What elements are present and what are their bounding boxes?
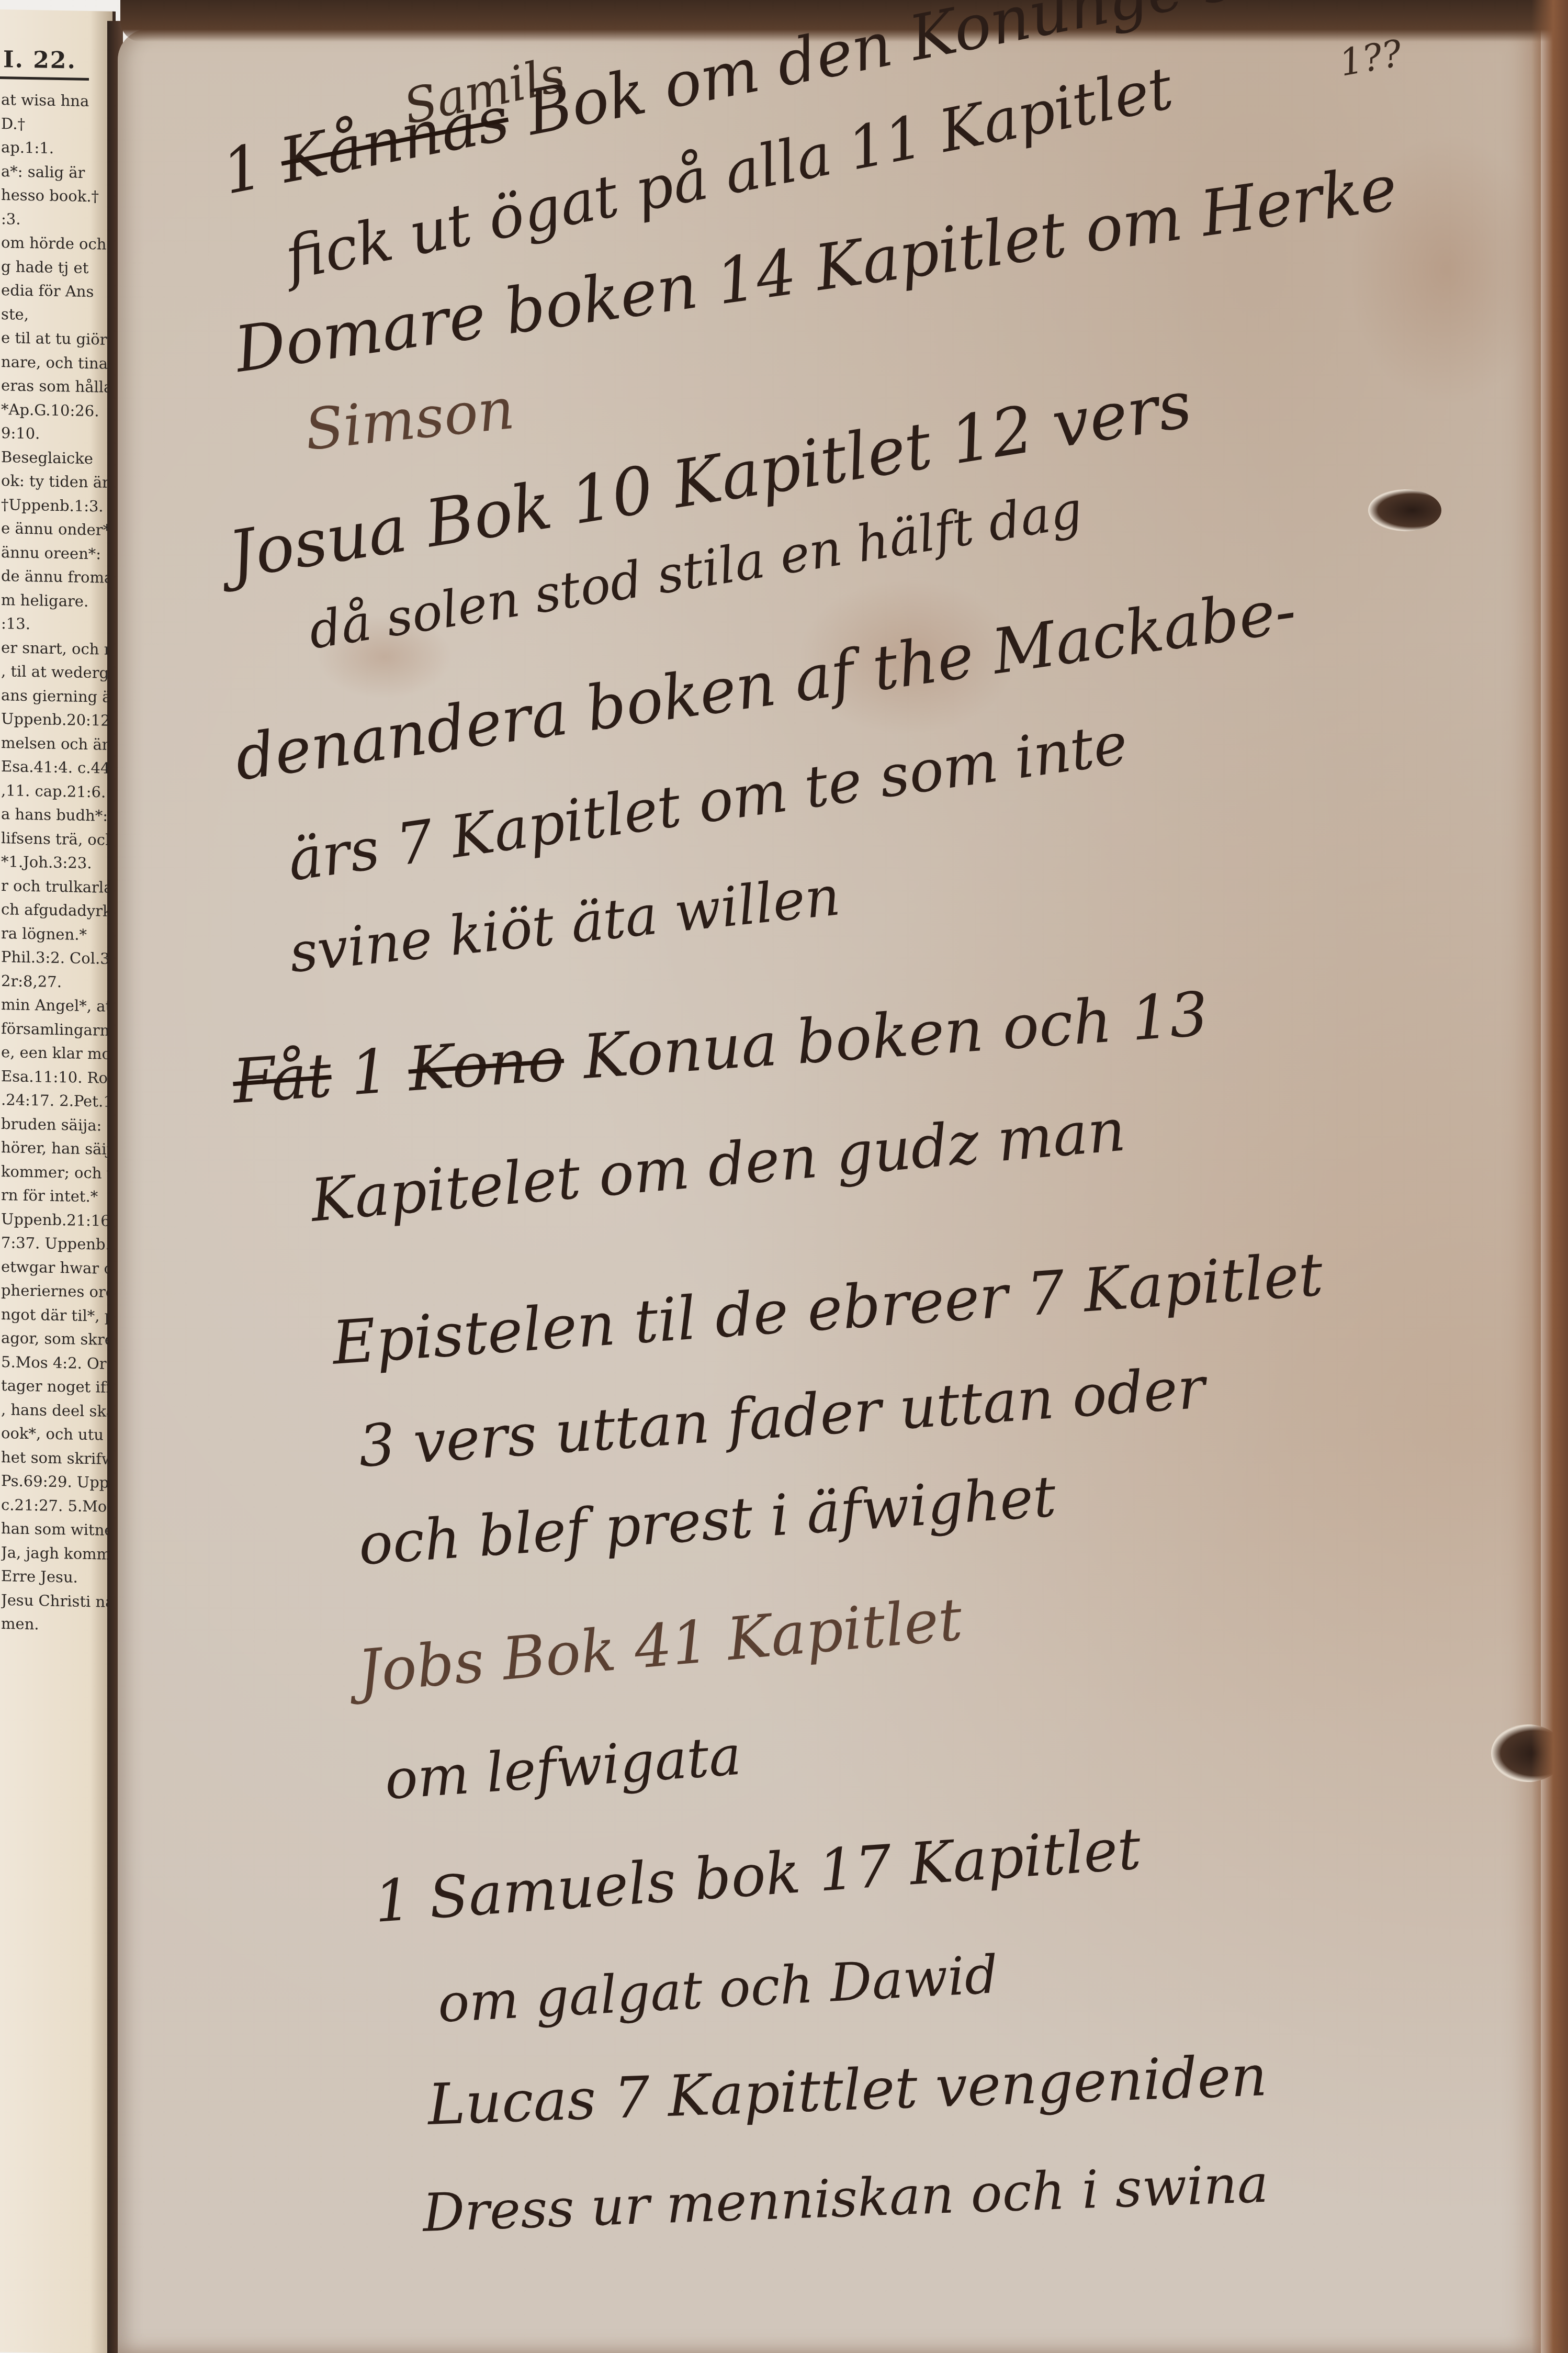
printed-line: ook*, och utu then hel: [1, 1421, 116, 1447]
printed-line: e til at tu giör: [1, 326, 116, 352]
printed-line: ra lögnen.*: [1, 922, 116, 947]
printed-line: c.21:27. 5.Mos.12:3.: [1, 1493, 116, 1519]
printed-line: het som skrifwit är i thens: [1, 1446, 116, 1471]
printed-line: e ännu onder*;: [1, 517, 116, 542]
printed-line: :3.: [1, 207, 116, 233]
printed-line: r och trulkarlar, och: [1, 874, 116, 900]
printed-line: kommer; och then ther: [1, 1160, 116, 1185]
printed-line: ännu oreen*:: [1, 541, 116, 566]
printed-line: Uppenb.20:12.: [1, 707, 116, 733]
printed-line: 7:37. Uppenb.21:16.: [1, 1231, 116, 1257]
printed-line: min Angel*, at han: [1, 993, 116, 1018]
printed-line: 2r:8,27.: [1, 969, 116, 995]
printed-line: a*: salig är: [1, 160, 116, 185]
printed-line: D.†: [1, 112, 116, 138]
printed-line: ok: ty tiden är: [1, 469, 116, 495]
paper-hole: [1368, 489, 1441, 531]
printed-line: m heligare.: [1, 588, 116, 614]
printed-line: melsen och änden,: [1, 731, 116, 757]
printed-line: g hade tj et: [1, 255, 116, 281]
printed-line: 9:10.: [1, 421, 116, 447]
printed-line: Esa.11:10. Rom.15:12.: [1, 1065, 116, 1090]
line-number: 1: [348, 1036, 391, 1109]
printed-line: eras som hålla: [1, 374, 116, 399]
header-rule: [0, 76, 89, 81]
printed-line: 5.Mos 4:2. Ordsp.30:6.: [1, 1350, 116, 1376]
printed-line: lifsens trä, och in: [1, 826, 116, 852]
printed-line: ch afgudadyrkare,: [1, 898, 116, 923]
printed-line: ans gierning är.†: [1, 684, 116, 709]
printed-line: *Ap.G.10:26.: [1, 398, 116, 423]
printed-line: ste,: [1, 302, 116, 328]
printed-line: Erre Jesu.: [1, 1564, 116, 1590]
printed-line: de ännu fromas: [1, 564, 116, 590]
printed-line: a hans budh*: på: [1, 802, 116, 828]
book-cover-edge-right: [1531, 0, 1568, 2353]
printed-line: hesso book.†: [1, 183, 116, 209]
printed-line: , hans deel skal Gudh: [1, 1398, 116, 1424]
printed-line: e, een klar morgon: [1, 1040, 116, 1066]
printed-line: men.: [1, 1612, 116, 1638]
printed-line: nare, och tina: [1, 350, 116, 376]
printed-line: *1.Joh.3:23.: [1, 850, 116, 876]
printed-line: ngot där til*, på honom: [1, 1303, 116, 1328]
printed-line: Ps.69:29. Upp.3:5.: [1, 1469, 116, 1495]
printed-page: I. 22. at wisa hnaD.†ap.1:1.a*: salig är…: [0, 9, 116, 2353]
printed-line: Ja, jagh kommer snart:: [1, 1541, 116, 1566]
printed-line: at wisa hna: [1, 88, 116, 114]
printed-line: †Uppenb.1:3.: [1, 493, 116, 519]
printed-line: rn för intet.*: [1, 1183, 116, 1209]
printed-line: hörer, han säije: Kom.: [1, 1136, 116, 1161]
printed-page-header: I. 22.: [3, 46, 76, 74]
printed-line: församlingarna: Jagh: [1, 1017, 116, 1043]
printed-line: han som witnesbyrd bär: [1, 1517, 116, 1542]
printed-line: er snart, och min: [1, 636, 116, 662]
printed-line: edia för Ans: [1, 278, 116, 304]
printed-line: Uppenb.21:16.: [1, 1207, 116, 1233]
printed-line: :13.: [1, 612, 116, 637]
printed-line: tager noget ifrå thenna: [1, 1374, 116, 1399]
printed-line: om hörde och: [1, 231, 116, 256]
printed-line: ap.1:1.: [1, 136, 116, 161]
printed-line: Esa.41:4. c.44:6.: [1, 755, 116, 780]
struck-word: Fåt: [231, 1040, 334, 1117]
printed-line: , til at wedergäls: [1, 659, 116, 685]
printed-line: etwgar hwar och en som: [1, 1255, 116, 1281]
printed-line: pheriernes ord i thesso: [1, 1279, 116, 1304]
printed-line: Phil.3:2. Col.3:5,6.: [1, 945, 116, 971]
struck-word: Kono: [406, 1024, 567, 1105]
printed-line: bruden säija: Kom.: [1, 1112, 116, 1138]
printed-line: .24:17. 2.Pet.1:19.: [1, 1088, 116, 1114]
printed-line: ,11. cap.21:6.: [1, 779, 116, 804]
printed-line: agor, som skrefne äro i: [1, 1326, 116, 1352]
printed-line: Beseglaicke: [1, 445, 116, 471]
printed-text-column: at wisa hnaD.†ap.1:1.a*: salig ärhesso b…: [1, 88, 116, 1638]
printed-line: Jesu Christi nådh ware: [1, 1588, 116, 1614]
